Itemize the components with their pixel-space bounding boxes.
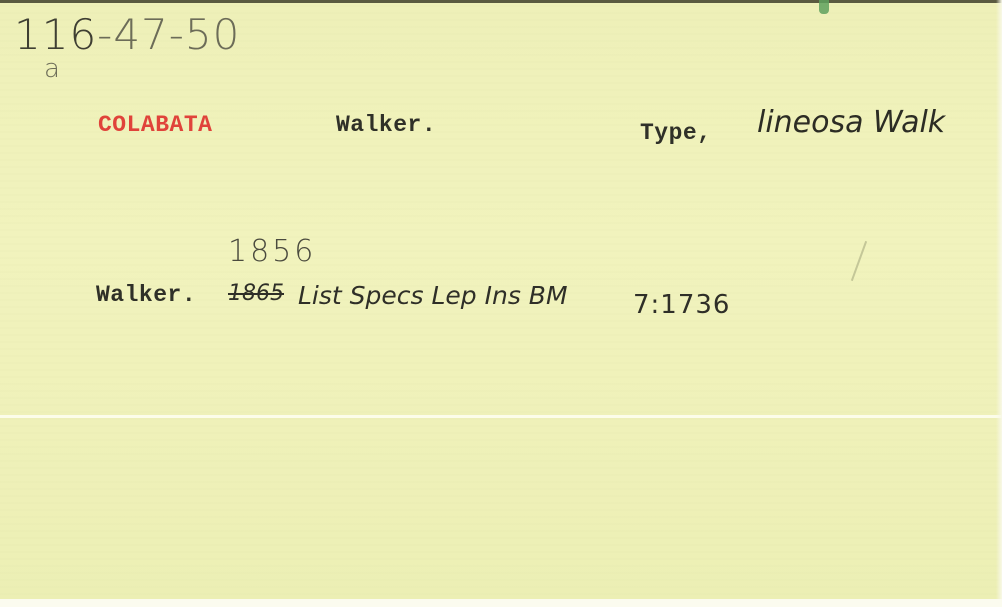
catalog-number-suffix: a: [44, 54, 60, 84]
struck-year: 1865: [228, 281, 284, 306]
type-label: Type,: [640, 120, 712, 146]
catalog-number-prefix: 116: [14, 10, 97, 59]
green-tab-mark: [819, 0, 829, 14]
index-card: 116-47-50 a COLABATA Walker. Type, lineo…: [0, 0, 1002, 607]
scan-fold-line: [0, 415, 1002, 418]
type-species: lineosa Walk: [757, 105, 945, 140]
catalog-number: 116-47-50: [14, 10, 240, 59]
catalog-number-rest: -47-50: [97, 10, 240, 59]
reference-volume-page: 7:1736: [633, 290, 730, 320]
corrected-year: 1856: [228, 234, 316, 269]
reference-title: List Specs Lep Ins BM: [298, 281, 568, 310]
genus-author: Walker.: [336, 112, 436, 138]
reference-author: Walker.: [96, 282, 196, 308]
card-top-edge: [0, 0, 1002, 3]
pencil-stroke-mark: [851, 241, 867, 281]
card-right-edge: [996, 0, 1002, 607]
card-bottom-edge: [0, 599, 1002, 607]
genus-name: COLABATA: [98, 112, 212, 138]
